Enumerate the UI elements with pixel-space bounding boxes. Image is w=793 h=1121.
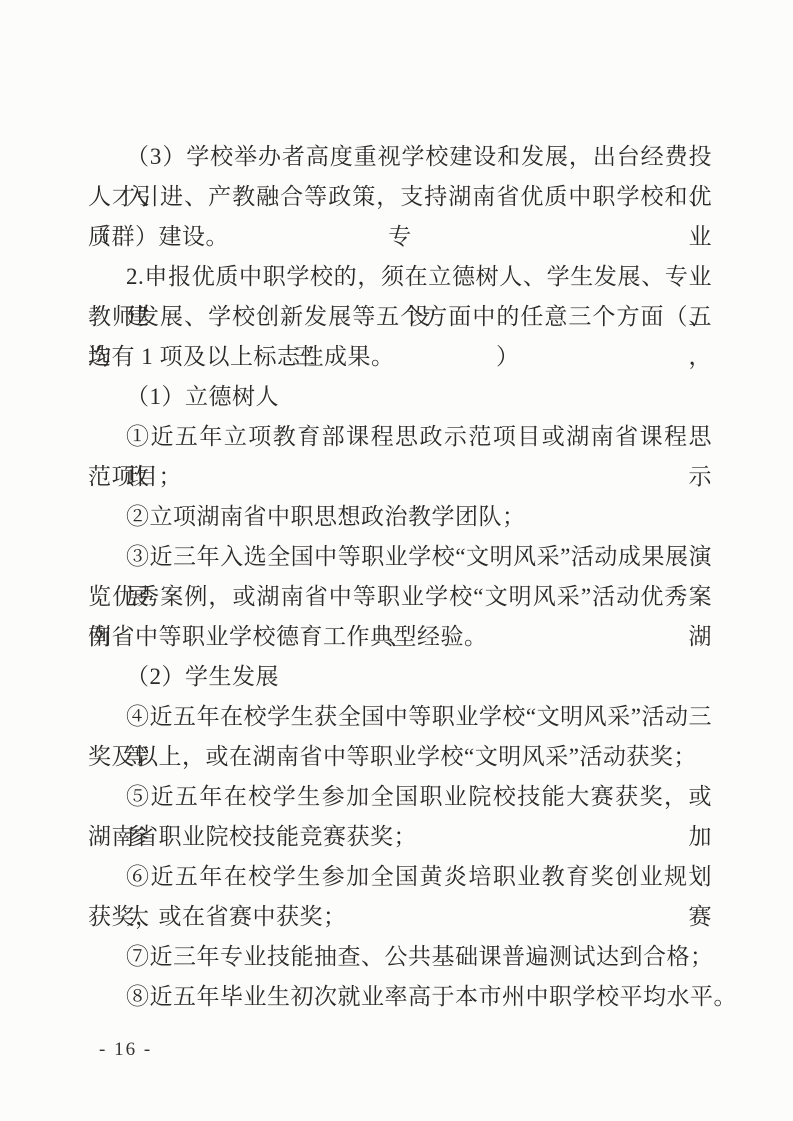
page-number: - 16 - [99,1038,152,1062]
text-line: 教师发展、学校创新发展等五个方面中的任意三个方面（五选三）， [88,297,712,337]
text-line: ①近五年立项教育部课程思政示范项目或湖南省课程思政示 [88,417,712,457]
text-line: 奖及以上，或在湖南省中等职业学校“文明风采”活动获奖； [88,737,712,777]
text-line: （3）学校举办者高度重视学校建设和发展，出台经费投入、 [88,137,712,177]
text-line: 2.申报优质中职学校的，须在立德树人、学生发展、专业建设、 [88,257,712,297]
text-line: （2）学生发展 [88,657,712,697]
text-line: ③近三年入选全国中等职业学校“文明风采”活动成果展演展 [88,537,712,577]
text-line: （1）立德树人 [88,377,712,417]
text-line: 人才引进、产教融合等政策，支持湖南省优质中职学校和优质专业 [88,177,712,217]
document-body: （3）学校举办者高度重视学校建设和发展，出台经费投入、人才引进、产教融合等政策，… [88,137,712,1017]
text-line: ②立项湖南省中职思想政治教学团队； [88,497,712,537]
text-line: ⑦近三年专业技能抽查、公共基础课普遍测试达到合格； [88,937,712,977]
text-line: ④近五年在校学生获全国中等职业学校“文明风采”活动三等 [88,697,712,737]
document-page: （3）学校举办者高度重视学校建设和发展，出台经费投入、人才引进、产教融合等政策，… [0,0,793,1121]
text-line: ⑧近五年毕业生初次就业率高于本市州中职学校平均水平。 [88,977,712,1017]
text-line: 览优秀案例，或湖南省中等职业学校“文明风采”活动优秀案例、湖 [88,577,712,617]
text-line: ⑥近五年在校学生参加全国黄炎培职业教育奖创业规划大赛 [88,857,712,897]
text-line: ⑤近五年在校学生参加全国职业院校技能大赛获奖，或参加 [88,777,712,817]
